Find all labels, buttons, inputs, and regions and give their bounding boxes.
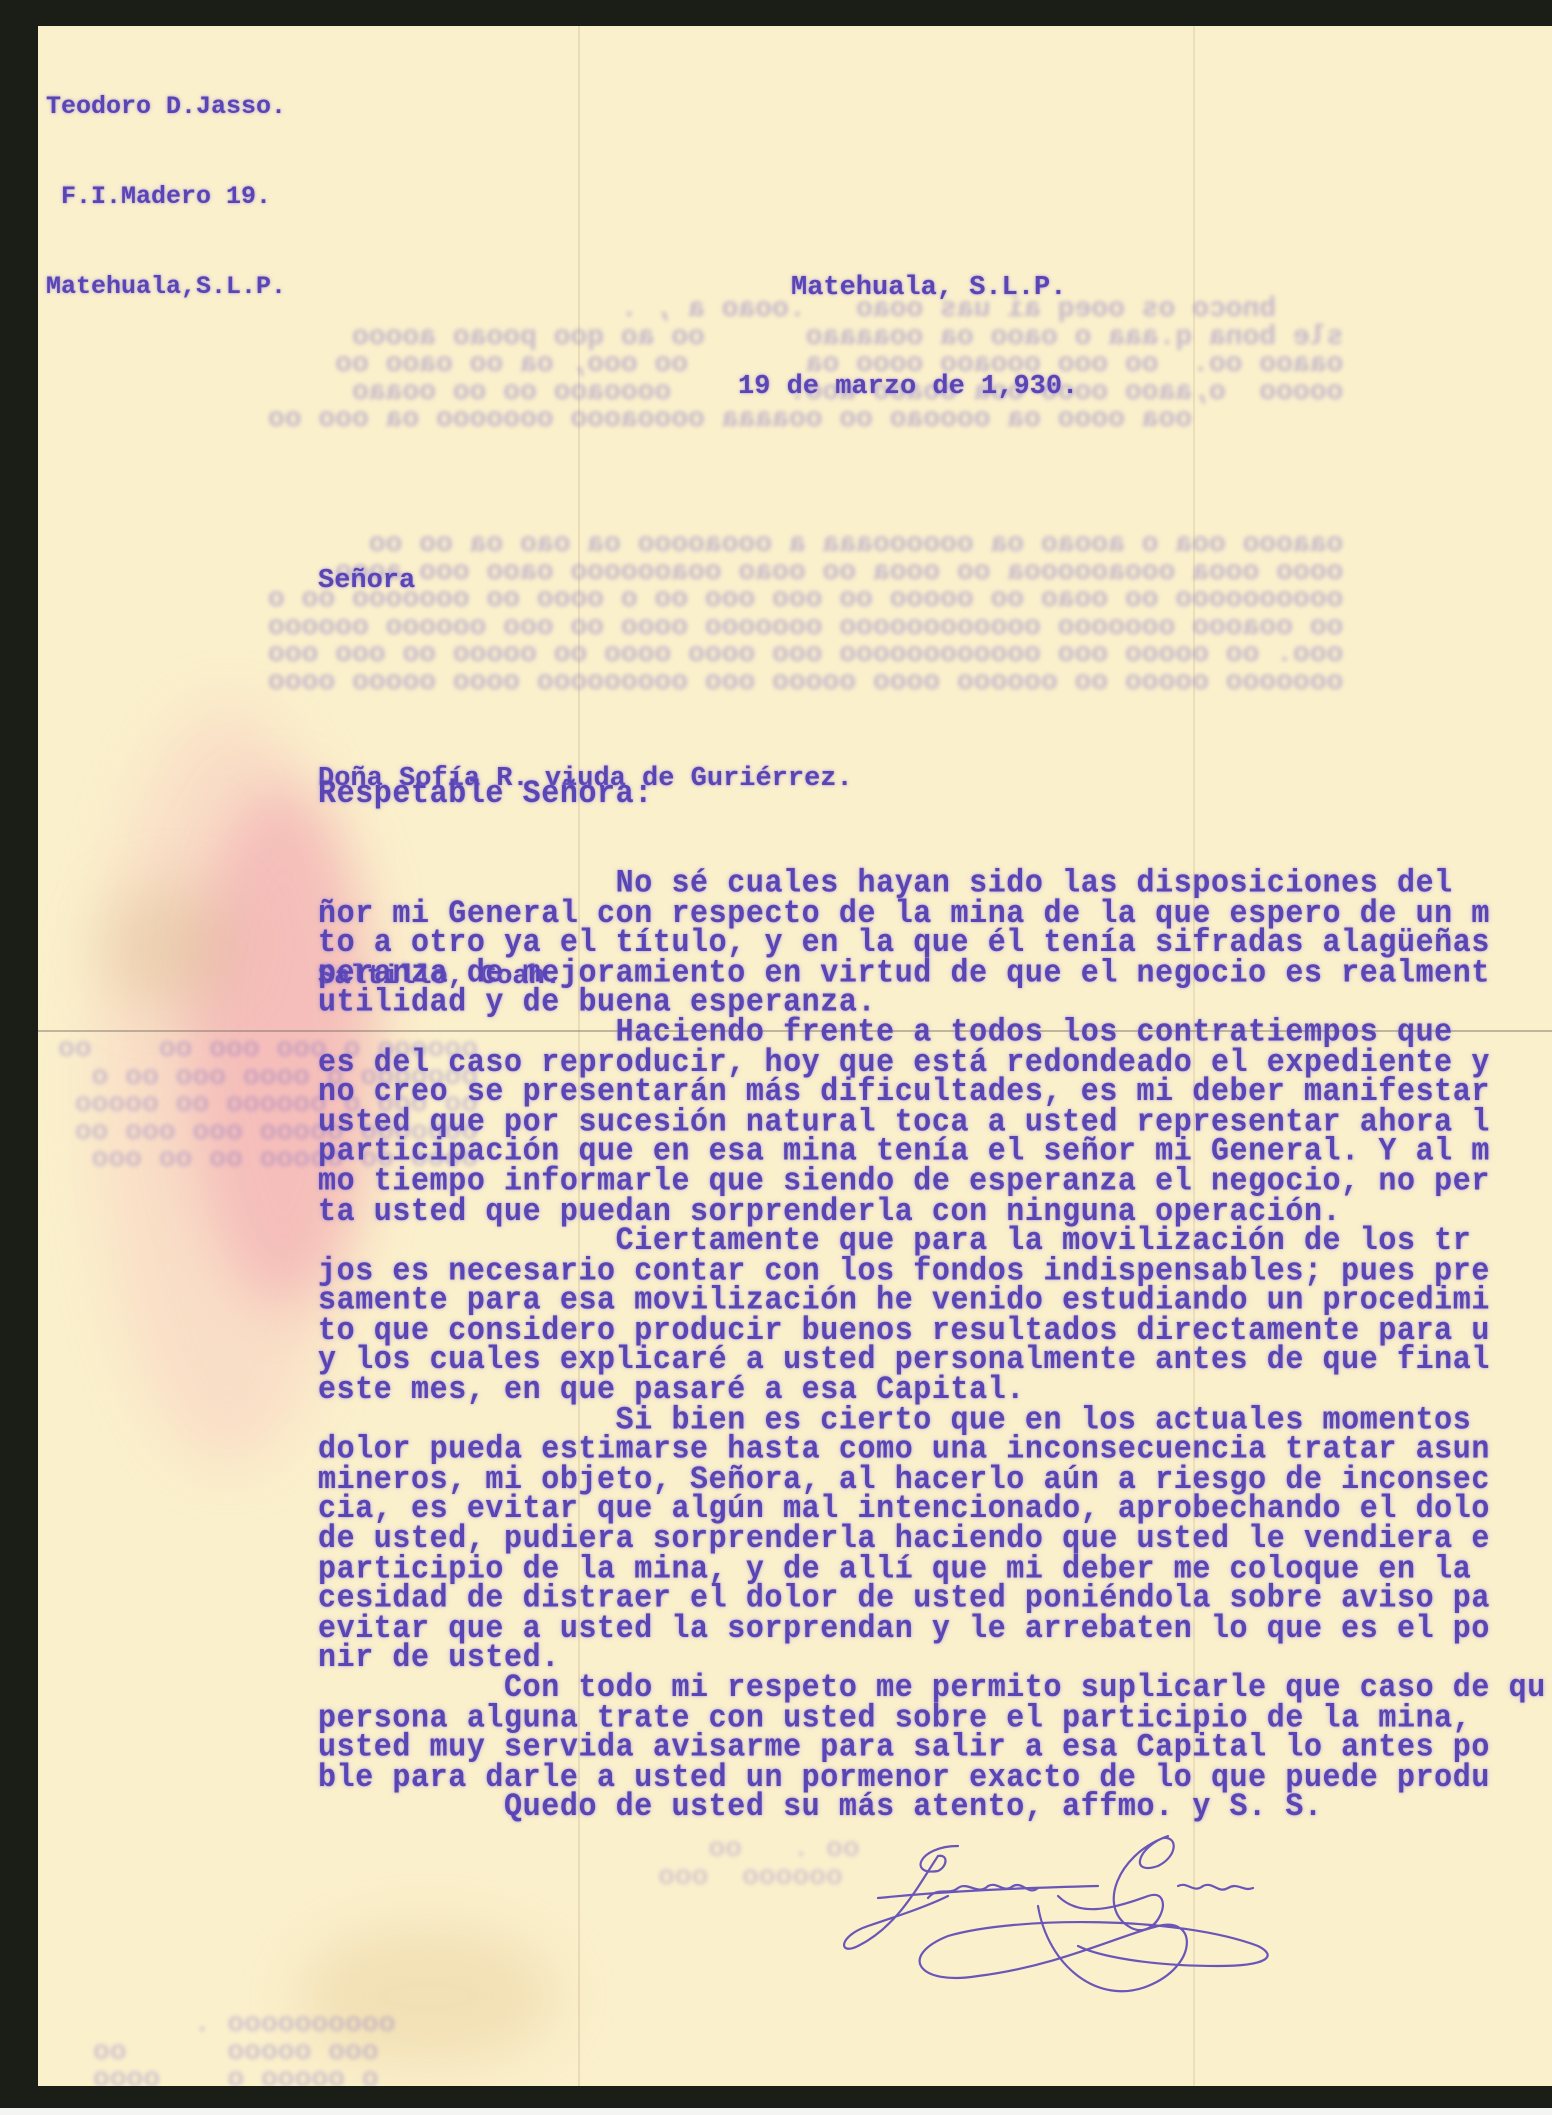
- body-line: Quedo de usted su más atento, affmo. y S…: [318, 1794, 1546, 1824]
- date: 19 de marzo de 1,930.: [738, 371, 1078, 404]
- greeting: Respetable Señora:: [318, 781, 1546, 811]
- water-stain: [298, 1926, 558, 2066]
- water-stain: [98, 886, 238, 1006]
- date-place: Matehuala, S.L.P.: [738, 272, 1078, 305]
- body-lines: No sé cuales hayan sido las disposicione…: [318, 870, 1546, 900]
- letter-paper: bnoco os ooeq ai uas ooao .ooao a , . sl…: [38, 26, 1552, 2086]
- handwritten-signature: [798, 1826, 1298, 2006]
- letterhead: Teodoro D.Jasso. F.I.Madero 19. Matehual…: [46, 32, 286, 362]
- addressee-title: Señora: [318, 548, 853, 614]
- letterhead-line: Matehuala,S.L.P.: [46, 272, 286, 302]
- letterhead-line: Teodoro D.Jasso.: [46, 92, 286, 122]
- letter-body: Respetable Señora: No sé cuales hayan si…: [318, 721, 1546, 959]
- letterhead-line: F.I.Madero 19.: [46, 182, 286, 212]
- bleed-through-text: oooooooooo . ooo ooooo oo o ooooo o oooo: [93, 2011, 395, 2086]
